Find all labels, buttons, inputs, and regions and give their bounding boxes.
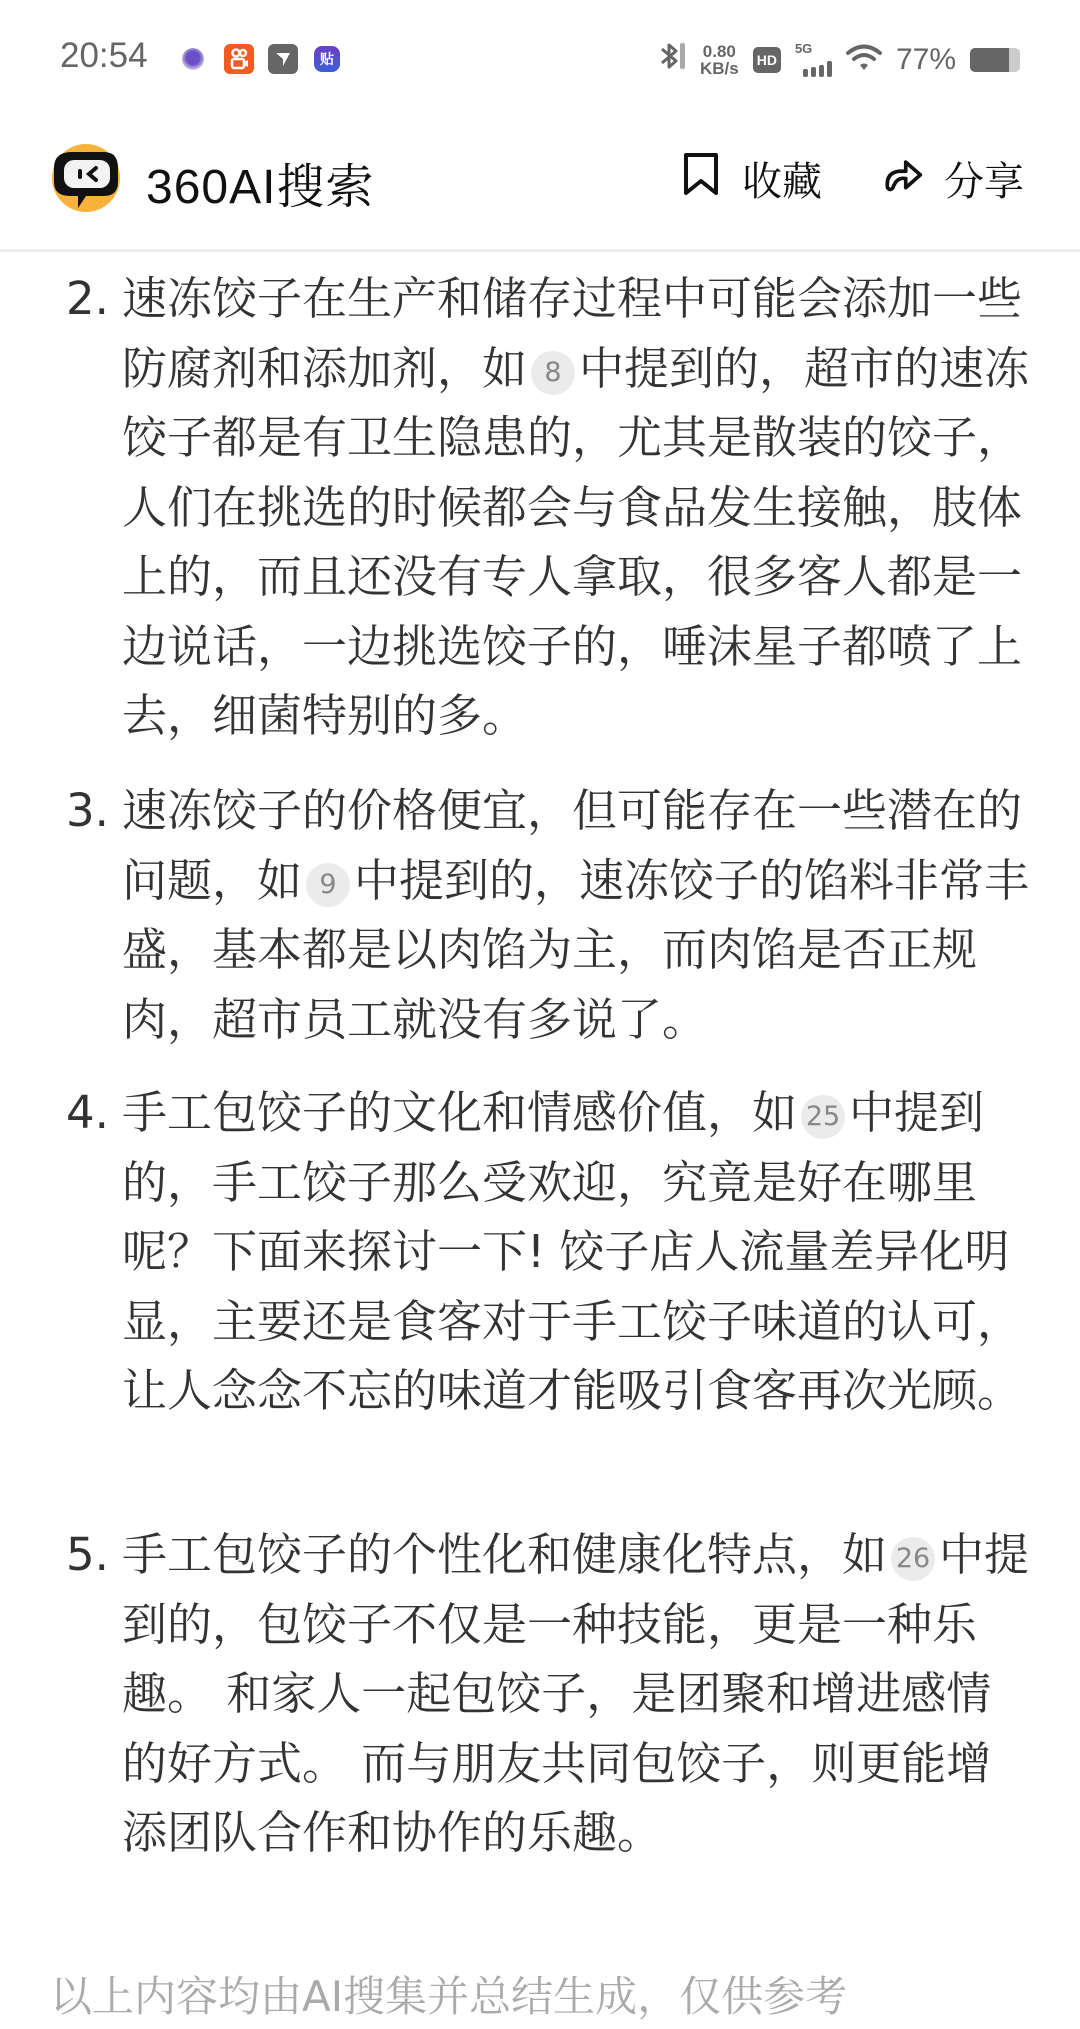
list-number: 2.	[66, 264, 122, 334]
hd-voice-icon: HD	[753, 47, 781, 73]
kuaishou-app-notification-icon	[224, 44, 254, 74]
network-speed: 0.80 KB/s	[700, 43, 739, 77]
bookmark-icon	[680, 151, 722, 207]
360ai-logo-icon[interactable]	[48, 138, 124, 214]
app-brand: 360AI搜索	[146, 148, 374, 217]
citation-badge[interactable]: 9	[306, 863, 350, 907]
share-label: 分享	[944, 150, 1024, 207]
list-item: 3. 速冻饺子的价格便宜，但可能存在一些潜在的问题，如9中提到的，速冻饺子的馅料…	[66, 776, 1036, 1054]
status-time: 20:54	[60, 36, 148, 76]
bluetooth-icon	[656, 39, 686, 81]
list-number: 3.	[66, 776, 122, 846]
favorite-button[interactable]: 收藏	[680, 150, 822, 207]
citation-badge[interactable]: 26	[891, 1537, 935, 1581]
wifi-icon	[846, 44, 882, 77]
system-indicators: 0.80 KB/s HD 5G 77%	[656, 38, 1020, 82]
share-icon	[882, 151, 924, 207]
camera-app-notification-icon	[178, 44, 208, 74]
list-number: 4.	[66, 1078, 122, 1148]
tieba-app-notification-icon: 贴	[312, 44, 342, 74]
status-bar: 20:54 贴 0.80 KB/s HD 5G 77%	[0, 0, 1080, 120]
battery-percent: 77%	[896, 43, 956, 77]
message-app-notification-icon	[268, 44, 298, 74]
ai-disclaimer: 以上内容均由AI搜集并总结生成，仅供参考	[50, 1964, 847, 2024]
list-item: 2. 速冻饺子在生产和储存过程中可能会添加一些防腐剂和添加剂，如8中提到的，超市…	[66, 264, 1036, 751]
cellular-signal-icon: 5G	[795, 43, 832, 77]
citation-badge[interactable]: 8	[531, 351, 575, 395]
share-button[interactable]: 分享	[882, 150, 1024, 207]
favorite-label: 收藏	[742, 150, 822, 207]
app-header: 360AI搜索 收藏 分享	[0, 120, 1080, 252]
list-number: 5.	[66, 1520, 122, 1590]
citation-badge[interactable]: 25	[801, 1095, 845, 1139]
battery-icon	[970, 48, 1020, 72]
list-item: 5. 手工包饺子的个性化和健康化特点，如26中提到的，包饺子不仅是一种技能，更是…	[66, 1520, 1036, 1868]
list-item: 4. 手工包饺子的文化和情感价值，如25中提到的，手工饺子那么受欢迎，究竟是好在…	[66, 1078, 1036, 1426]
